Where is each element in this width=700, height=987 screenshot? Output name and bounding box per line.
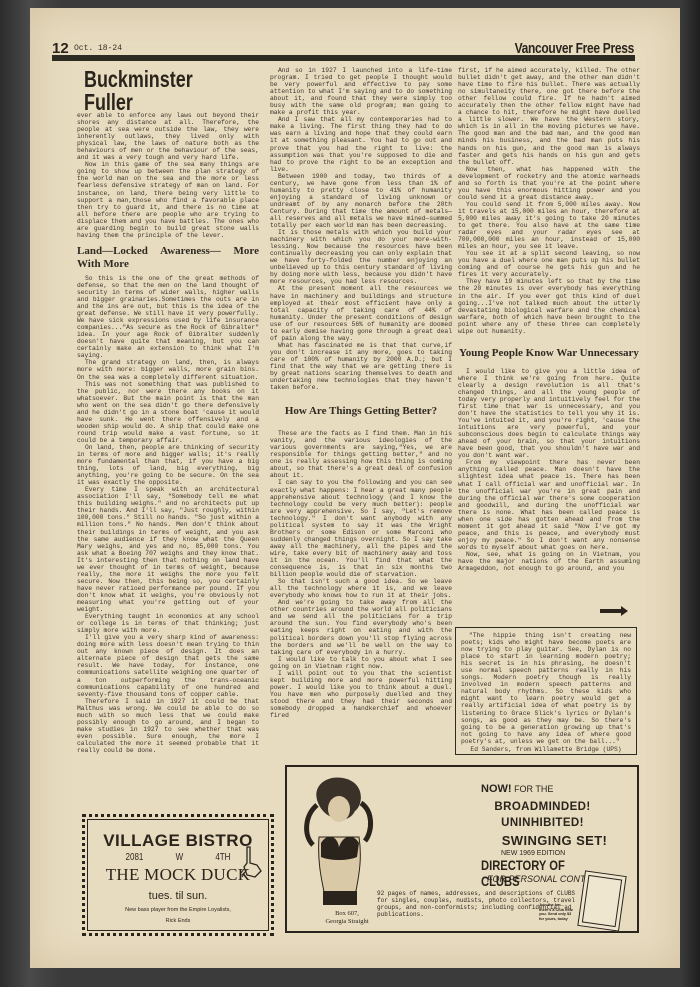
booklet-icon	[577, 870, 626, 931]
article-paragraph: Now in this game of the sea many things …	[77, 161, 259, 239]
publisher-name: Georgia Straight	[297, 918, 397, 926]
article-paragraph: You see it at a split second leaving, so…	[458, 250, 640, 278]
article-paragraph: On land, then, people are thinking of se…	[77, 444, 259, 486]
article-paragraph: This was not something that was publishe…	[77, 381, 259, 444]
now-text: NOW!	[481, 783, 512, 795]
article-paragraph: first, if he aimed accurately, killed. T…	[458, 67, 640, 166]
article-paragraph: What has fascinated me is that that curv…	[270, 342, 452, 391]
subhead-land-locked: Land—Locked Awareness— More With More	[77, 245, 259, 271]
quote-credit: Ed Sanders, from Willamette Bridge (UPS)	[461, 746, 631, 753]
column-3: first, if he aimed accurately, killed. T…	[458, 67, 640, 572]
village-bistro-ad: VILLAGE BISTRO 2081 W 4TH THE MOCK DUCK …	[82, 814, 274, 936]
article-paragraph: Now, see, what is going on in Vietnam, y…	[458, 551, 640, 572]
article-paragraph: And so in 1927 I launched into a life-ti…	[270, 67, 452, 116]
column-1: ever able to enforce any laws out beyond…	[77, 112, 259, 754]
column-2: And so in 1927 I launched into a life-ti…	[270, 67, 452, 719]
article-paragraph: Now then, what has happened with the dev…	[458, 166, 640, 201]
article-paragraph: At the present moment all the resources …	[270, 285, 452, 341]
article-paragraph: I would like to talk to you about what I…	[270, 656, 452, 670]
pointing-hand-icon	[241, 845, 263, 879]
article-paragraph: I will point out to you that the scienti…	[270, 670, 452, 719]
article-paragraph: So this is the one of the great methods …	[77, 275, 259, 360]
article-paragraph: Everything taught in economics at any sc…	[77, 613, 259, 634]
pull-quote-box: "The hippie thing isn't creating new poe…	[455, 627, 637, 755]
article-paragraph: ever able to enforce any laws out beyond…	[77, 112, 259, 161]
now-line: NOW! FOR THE	[481, 783, 553, 795]
broadminded-text: BROADMINDED!	[455, 801, 630, 813]
article-paragraph: From my viewpoint there has never been a…	[458, 459, 640, 551]
article-paragraph: I can say to you the following and you c…	[270, 479, 452, 578]
article-paragraph: I would like to give you a little idea o…	[458, 368, 640, 460]
article-paragraph: They have 19 minutes left so that by the…	[458, 278, 640, 334]
uninhibited-text: UNINHIBITED!	[455, 817, 630, 829]
article-title-text: Buckminster Fuller	[84, 68, 178, 114]
article-paragraph: These are the facts as I find them. Man …	[270, 430, 452, 479]
quote-text: "The hippie thing isn't creating new poe…	[461, 632, 631, 745]
article-paragraph: Therefore I said in 1927 it could be tha…	[77, 698, 259, 754]
article-paragraph: Every time I speak with an architectural…	[77, 486, 259, 613]
band-note: New bass player from the Empire Loyalist…	[85, 907, 271, 913]
player-name: Rick Ends	[85, 918, 271, 924]
booklet-blurb: Join the fun... there's a Club near you.…	[539, 903, 577, 921]
article-paragraph: And we're going to take away from all th…	[270, 599, 452, 655]
subhead-things-better: How Are Things Getting Better?	[270, 405, 452, 418]
edition-text: NEW 1969 EDITION	[501, 850, 565, 857]
article-paragraph: And I saw that all my contemporaries had…	[270, 116, 452, 172]
header-rule	[52, 55, 635, 61]
pinup-illustration-icon	[299, 775, 377, 907]
article-paragraph: The grand strategy on land, then, is alw…	[77, 359, 259, 380]
subhead-young-people: Young People Know War Unnecessary	[458, 347, 640, 360]
for-the-text: FOR THE	[514, 784, 553, 794]
swinging-set-text: SWINGING SET!	[467, 833, 642, 848]
article-paragraph: Between 1900 and today, two thirds of a …	[270, 173, 452, 229]
show-days: tues. til sun.	[85, 890, 271, 902]
article-paragraph: It is those metals with which you build …	[270, 229, 452, 285]
issue-date: Oct. 18-24	[74, 44, 122, 53]
article-paragraph: You could send it from 5,000 miles away.…	[458, 201, 640, 250]
directory-of-clubs-ad: Box 607, Georgia Straight NOW! FOR THE B…	[285, 765, 639, 933]
article-title: Buckminster Fuller	[84, 68, 178, 114]
article-paragraph: So that isn't such a good idea. So we le…	[270, 578, 452, 599]
article-paragraph: I'll give you a very sharp kind of aware…	[77, 634, 259, 697]
arrow-right-icon	[600, 609, 622, 613]
